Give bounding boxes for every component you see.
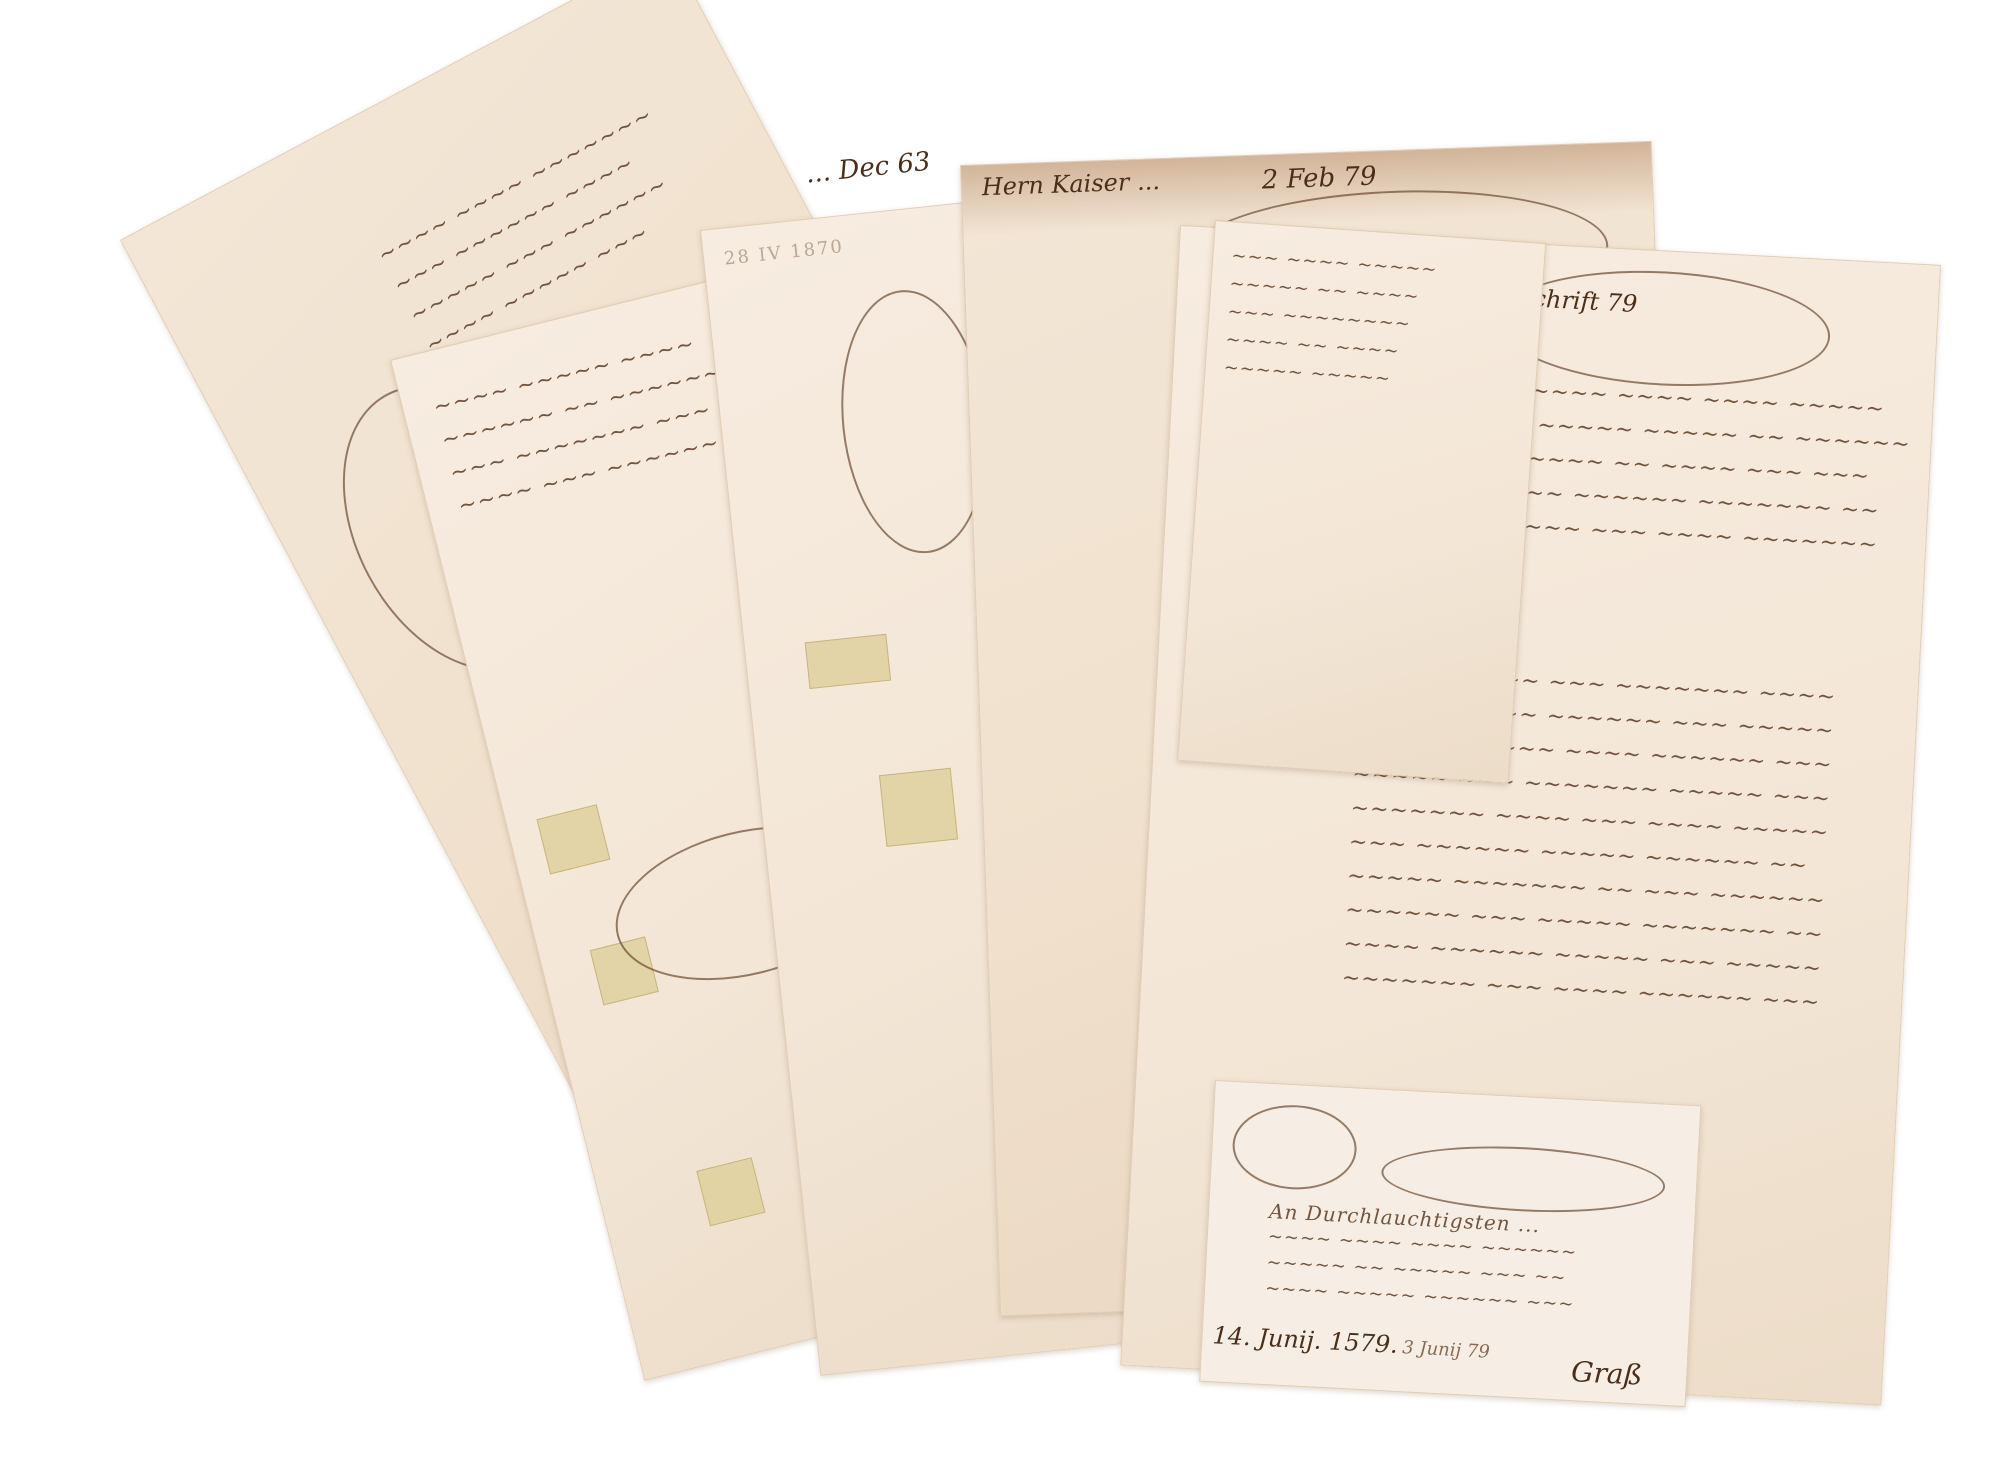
handwritten-note: ~~~ ~~~~ ~~~~~ ~~~~~ ~~ ~~~~ ~~~ ~~~~~~~…: [1223, 242, 1439, 396]
cover-note-date: 14. Junij. 1579.: [1212, 1321, 1399, 1359]
tape-repair: [696, 1157, 765, 1226]
cover-note-body: ~~~~ ~~~~ ~~~~ ~~~~~~ ~~~~~ ~~ ~~~~~ ~~~…: [1264, 1224, 1577, 1318]
side-note-sheet: ~~~ ~~~~ ~~~~~ ~~~~~ ~~ ~~~~ ~~~ ~~~~~~~…: [1177, 220, 1546, 784]
header-date: 2 Feb 79: [1261, 161, 1377, 195]
tape-repair: [536, 804, 610, 874]
tape-repair: [805, 634, 891, 689]
header-annotation: Hern Kaiser ...: [981, 167, 1160, 201]
tape-repair: [879, 768, 958, 847]
cover-note: An Durchlauchtigsten ... ~~~~ ~~~~ ~~~~ …: [1199, 1080, 1701, 1407]
header-annotation: ... Dec 63: [804, 147, 932, 190]
cover-note-annotation: 3 Junij 79: [1402, 1337, 1491, 1363]
signature: Graß: [1570, 1355, 1643, 1392]
handwritten-text: ~~~~ ~~~~~ ~~~~ ~~~~~~ ~~ ~~~~~~ ~~~ ~~~…: [430, 323, 742, 525]
archive-stamp: 28 IV 1870: [723, 236, 845, 269]
flourish-decoration: [1230, 1102, 1358, 1192]
